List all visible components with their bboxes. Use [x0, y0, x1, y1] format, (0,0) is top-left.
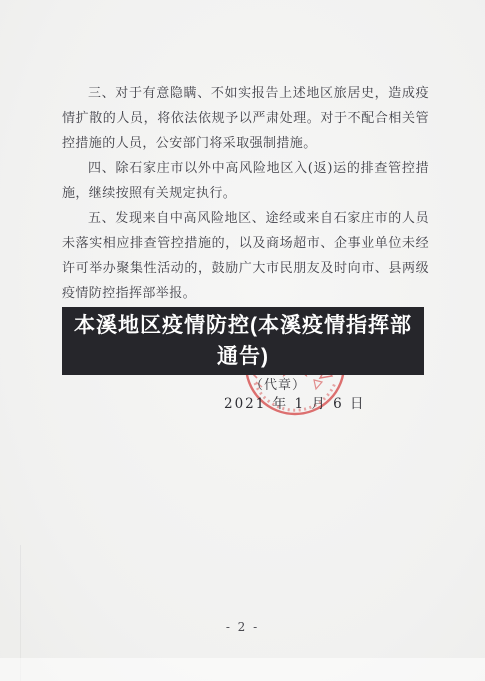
seal-caption: （代章）: [250, 374, 306, 393]
paragraph-three: 三、对于有意隐瞒、不如实报告上述地区旅居史，造成疫情扩散的人员，将依法依规予以严…: [62, 81, 429, 156]
document-body: 三、对于有意隐瞒、不如实报告上述地区旅居史，造成疫情扩散的人员，将依法依规予以严…: [62, 81, 429, 306]
scan-artifact-bottom-strip: [0, 658, 485, 681]
paragraph-four: 四、除石家庄市以外中高风险地区入(返)运的排查管控措施，继续按照有关规定执行。: [62, 156, 429, 206]
paragraph-five: 五、发现来自中高风险地区、途经或来自石家庄市的人员未落实相应排查管控措施的，以及…: [62, 206, 429, 306]
title-banner: 本溪地区疫情防控(本溪疫情指挥部 通告): [62, 307, 424, 375]
banner-title-line2: 通告): [217, 341, 269, 372]
page-number: - 2 -: [0, 620, 485, 634]
scanned-document-page: 三、对于有意隐瞒、不如实报告上述地区旅居史，造成疫情扩散的人员，将依法依规予以严…: [0, 0, 485, 681]
issue-date: 2021 年 1 月 6 日: [224, 392, 366, 412]
banner-title-line1: 本溪地区疫情防控(本溪疫情指挥部: [74, 310, 412, 341]
